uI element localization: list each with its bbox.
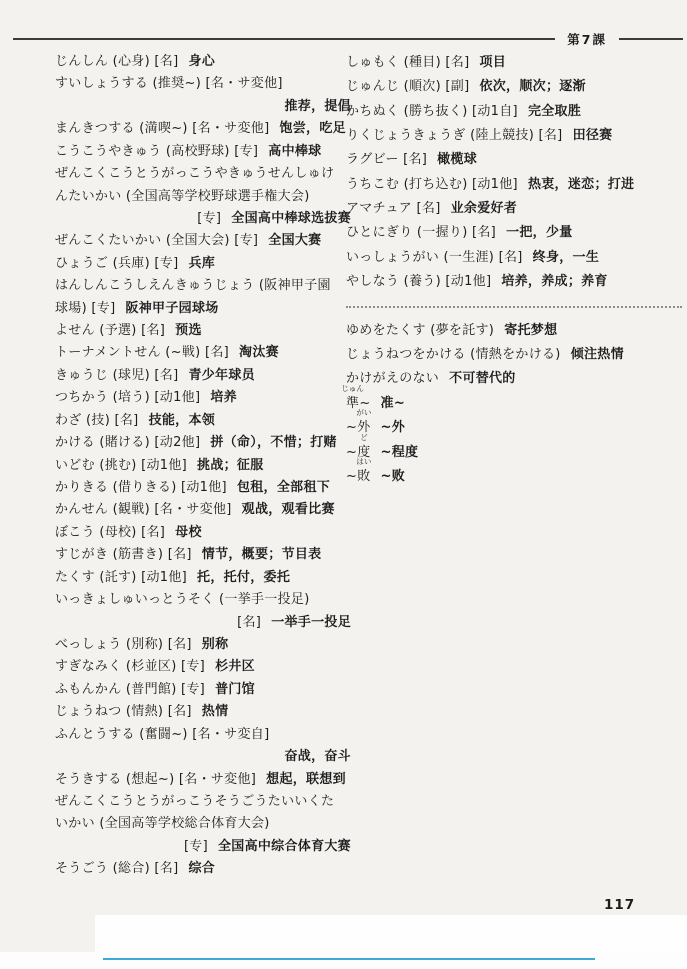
vocab-japanese-text: じょうねつ (情熱) [名] — [55, 704, 192, 719]
vocab-line: じんしん (心身) [名]身心 — [55, 51, 351, 73]
vocab-japanese-text: トーナメントせん (~戦) [名] — [55, 345, 229, 360]
vocab-japanese-text: つちかう (培う) [动1他] — [55, 390, 200, 405]
vocab-japanese-text: いっしょうがい (一生涯) [名] — [346, 250, 523, 265]
vocab-japanese-text: アマチュア [名] — [346, 201, 441, 216]
vocab-line: [专]全国高中棒球选拔赛 — [55, 208, 351, 230]
vocab-japanese-text: まんきつする (満喫~) [名・サ変他] — [55, 121, 269, 136]
vocab-chinese-gloss: 身心 — [188, 54, 215, 69]
vocab-chinese-gloss: 拼（命），不惜；打赌 — [210, 435, 337, 450]
vocab-line: すいしょうする (推奨~) [名・サ変他] — [55, 73, 351, 95]
vocab-line: いっしょうがい (一生涯) [名]终身，一生 — [346, 246, 682, 270]
vocab-chinese-gloss: 热情 — [202, 704, 229, 719]
vocab-line: かける (賭ける) [动2他]拼（命），不惜；打赌 — [55, 432, 351, 454]
left-column: じんしん (心身) [名]身心 すいしょうする (推奨~) [名・サ変他] 推荐… — [55, 51, 351, 881]
vocab-chinese-gloss: 高中棒球 — [268, 144, 321, 159]
suffix-line: じゅん準~准~ — [346, 392, 682, 416]
suffix-kanji-with-furigana: はい敗 — [357, 465, 370, 489]
vocab-line: 推荐，提倡 — [55, 96, 351, 118]
vocab-japanese-text: ひとにぎり (一握り) [名] — [346, 225, 496, 240]
vocab-chinese-gloss: 橄榄球 — [437, 152, 477, 167]
phrase-list: ゆめをたくす (夢を託す)寄托梦想 じょうねつをかける (情熱をかける)倾注热情… — [346, 319, 682, 392]
vocab-line: ぼこう (母校) [名]母校 — [55, 522, 351, 544]
vocab-chinese-gloss: 青少年球员 — [188, 368, 255, 383]
dotted-separator — [346, 294, 682, 318]
vocab-chinese-gloss: 阪神甲子园球场 — [125, 301, 218, 316]
vocab-chinese-gloss: 奋战，奋斗 — [284, 749, 351, 764]
vocab-japanese-text: すぎなみく (杉並区) [专] — [55, 659, 205, 674]
vocab-chinese-gloss: 全国高中综合体育大赛 — [218, 839, 351, 854]
header-rule-right — [619, 38, 683, 40]
vocab-japanese-text: べっしょう (別称) [名] — [55, 637, 192, 652]
furigana-text: はい — [356, 458, 371, 466]
vocab-line: りくじょうきょうぎ (陸上競技) [名]田径赛 — [346, 124, 682, 148]
vocab-chinese-gloss: 兵库 — [188, 256, 215, 271]
vocab-chinese-gloss: 终身，一生 — [533, 250, 600, 265]
vocab-line: 球場) [专]阪神甲子园球场 — [55, 298, 351, 320]
vocab-line: いっきょしゅいっとうそく (一挙手一投足) — [55, 589, 351, 611]
vocab-chinese-gloss: 观战，观看比赛 — [242, 502, 335, 517]
vocab-line: よせん (予選) [名]预选 — [55, 320, 351, 342]
vocab-japanese-text: しゅもく (種目) [名] — [346, 55, 469, 70]
vocab-japanese-text: きゅうじ (球児) [名] — [55, 368, 178, 383]
textbook-page-scan: { "header": { "lesson": "第7課" }, "page_n… — [0, 0, 687, 969]
vocab-japanese-text: そうごう (総合) [名] — [55, 861, 178, 876]
phrase-chinese-gloss: 不可替代的 — [449, 371, 516, 386]
right-column: しゅもく (種目) [名]项目 じゅんじ (順次) [副]依次，顺次；逐渐 かち… — [346, 51, 682, 489]
suffix-chinese-gloss: ~外 — [381, 420, 406, 435]
suffix-chinese-gloss: 准~ — [381, 396, 406, 411]
right-vocab-list: しゅもく (種目) [名]项目 じゅんじ (順次) [副]依次，顺次；逐渐 かち… — [346, 51, 682, 294]
vocab-japanese-text: 球場) [专] — [55, 301, 115, 316]
vocab-line: まんきつする (満喫~) [名・サ変他]饱尝，吃足 — [55, 118, 351, 140]
vocab-line: ふもんかん (普門館) [专]普门馆 — [55, 679, 351, 701]
phrase-japanese-text: ゆめをたくす (夢を託す) — [346, 323, 494, 338]
vocab-line: きゅうじ (球児) [名]青少年球员 — [55, 365, 351, 387]
vocab-japanese-text: んたいかい (全国高等学校野球選手権大会) — [55, 189, 310, 204]
suffix-line: ~はい敗~败 — [346, 465, 682, 489]
vocab-japanese-text: そうきする (想起~) [名・サ変他] — [55, 772, 256, 787]
furigana-text: がい — [356, 409, 371, 417]
vocab-japanese-text: かりきる (借りきる) [动1他] — [55, 480, 227, 495]
vocab-chinese-gloss: 包租，全部租下 — [237, 480, 330, 495]
vocab-line: アマチュア [名]业余爱好者 — [346, 197, 682, 221]
vocab-line: すぎなみく (杉並区) [专]杉井区 — [55, 656, 351, 678]
header-rule-left — [13, 38, 555, 40]
vocab-line: ひょうご (兵庫) [专]兵库 — [55, 253, 351, 275]
vocab-line: つちかう (培う) [动1他]培养 — [55, 387, 351, 409]
vocab-chinese-gloss: 业余爱好者 — [451, 201, 518, 216]
vocab-japanese-text: いどむ (挑む) [动1他] — [55, 458, 187, 473]
vocab-line: じゅんじ (順次) [副]依次，顺次；逐渐 — [346, 75, 682, 99]
vocab-line: べっしょう (別称) [名]别称 — [55, 634, 351, 656]
vocab-line: ひとにぎり (一握り) [名]一把，少量 — [346, 221, 682, 245]
vocab-japanese-text: すじがき (筋書き) [名] — [55, 547, 192, 562]
vocab-japanese-text: ぜんこくこうとうがっこうやきゅうせんしゅけ — [55, 166, 334, 181]
vocab-line: やしなう (養う) [动1他]培养，养成；养育 — [346, 270, 682, 294]
suffix-pre-tilde: ~ — [346, 469, 357, 484]
vocab-chinese-gloss: 完全取胜 — [528, 104, 581, 119]
vocab-japanese-text: ひょうご (兵庫) [专] — [55, 256, 178, 271]
vocab-line: たくす (託す) [动1他]托，托付，委托 — [55, 567, 351, 589]
vocab-japanese-text: わざ (技) [名] — [55, 413, 139, 428]
vocab-line: 奋战，奋斗 — [55, 746, 351, 768]
furigana-text: じゅん — [341, 385, 364, 393]
vocab-japanese-text: ふもんかん (普門館) [专] — [55, 682, 205, 697]
vocab-chinese-gloss: 挑战；征服 — [197, 458, 264, 473]
vocab-line: じょうねつ (情熱) [名]热情 — [55, 701, 351, 723]
vocab-line: かんせん (観戦) [名・サ変他]观战，观看比赛 — [55, 499, 351, 521]
phrase-line: じょうねつをかける (情熱をかける)倾注热情 — [346, 343, 682, 367]
vocab-japanese-text: ぜんこくこうとうがっこうそうごうたいいくた — [55, 794, 334, 809]
page: 第7課 じんしん (心身) [名]身心 すいしょうする (推奨~) [名・サ変他… — [0, 0, 687, 969]
vocab-chinese-gloss: 技能，本领 — [149, 413, 216, 428]
vocab-line: すじがき (筋書き) [名]情节，概要；节目表 — [55, 544, 351, 566]
page-number: 117 — [604, 897, 635, 913]
vocab-line: ふんとうする (奮闘~) [名・サ変自] — [55, 724, 351, 746]
scan-white-strip — [0, 952, 687, 969]
phrase-line: ゆめをたくす (夢を託す)寄托梦想 — [346, 319, 682, 343]
vocab-japanese-text: はんしんこうしえんきゅうじょう (阪神甲子園 — [55, 278, 331, 293]
vocab-line: かちぬく (勝ち抜く) [动1自]完全取胜 — [346, 100, 682, 124]
dotted-separator-line — [346, 306, 682, 308]
vocab-chinese-gloss: 情节，概要；节目表 — [202, 547, 322, 562]
vocab-chinese-gloss: 综合 — [188, 861, 215, 876]
vocab-japanese-text: かちぬく (勝ち抜く) [动1自] — [346, 104, 518, 119]
vocab-japanese-text: ふんとうする (奮闘~) [名・サ変自] — [55, 727, 269, 742]
vocab-line: かりきる (借りきる) [动1他]包租，全部租下 — [55, 477, 351, 499]
furigana-text: ど — [360, 434, 368, 442]
vocab-japanese-text: かける (賭ける) [动2他] — [55, 435, 200, 450]
page-header: 第7課 — [13, 30, 683, 48]
lesson-title: 第7課 — [567, 30, 607, 48]
vocab-chinese-gloss: 想起，联想到 — [266, 772, 346, 787]
vocab-japanese-text: [专] — [197, 211, 221, 226]
vocab-japanese-text: いかい (全国高等学校総合体育大会) — [55, 816, 270, 831]
vocab-japanese-text: [专] — [184, 839, 208, 854]
vocab-line: ぜんこくこうとうがっこうやきゅうせんしゅけ — [55, 163, 351, 185]
vocab-japanese-text: じゅんじ (順次) [副] — [346, 79, 469, 94]
phrase-line: かけがえのない不可替代的 — [346, 367, 682, 391]
suffix-kanji: 敗 — [357, 469, 370, 484]
vocab-line: うちこむ (打ち込む) [动1他]热衷，迷恋；打进 — [346, 173, 682, 197]
vocab-japanese-text: こうこうやきゅう (高校野球) [专] — [55, 144, 258, 159]
vocab-line: [专]全国高中综合体育大赛 — [55, 836, 351, 858]
vocab-chinese-gloss: 田径赛 — [573, 128, 613, 143]
vocab-line: いどむ (挑む) [动1他]挑战；征服 — [55, 455, 351, 477]
vocab-chinese-gloss: 项目 — [479, 55, 506, 70]
vocab-japanese-text: ぼこう (母校) [名] — [55, 525, 165, 540]
vocab-line: いかい (全国高等学校総合体育大会) — [55, 813, 351, 835]
suffix-chinese-gloss: ~败 — [381, 469, 406, 484]
suffix-pre-tilde: ~ — [346, 420, 357, 435]
suffix-line: ~がい外~外 — [346, 416, 682, 440]
vocab-chinese-gloss: 培养 — [210, 390, 237, 405]
vocab-chinese-gloss: 一把，少量 — [506, 225, 573, 240]
vocab-japanese-text: いっきょしゅいっとうそく (一挙手一投足) — [55, 592, 310, 607]
suffix-list: じゅん準~准~ ~がい外~外 ~ど度~程度 ~はい敗~败 — [346, 392, 682, 489]
vocab-chinese-gloss: 托，托付，委托 — [197, 570, 290, 585]
vocab-japanese-text: ぜんこくたいかい (全国大会) [专] — [55, 233, 258, 248]
vocab-line: ぜんこくこうとうがっこうそうごうたいいくた — [55, 791, 351, 813]
vocab-chinese-gloss: 全国高中棒球选拔赛 — [231, 211, 351, 226]
vocab-chinese-gloss: 全国大赛 — [268, 233, 321, 248]
vocab-chinese-gloss: 杉井区 — [215, 659, 255, 674]
vocab-japanese-text: じんしん (心身) [名] — [55, 54, 178, 69]
vocab-chinese-gloss: 饱尝，吃足 — [279, 121, 346, 136]
suffix-japanese-text: ~はい敗 — [346, 469, 371, 484]
phrase-chinese-gloss: 寄托梦想 — [504, 323, 557, 338]
vocab-japanese-text: すいしょうする (推奨~) [名・サ変他] — [55, 76, 283, 91]
phrase-chinese-gloss: 倾注热情 — [571, 347, 624, 362]
vocab-japanese-text: やしなう (養う) [动1他] — [346, 274, 491, 289]
vocab-chinese-gloss: 一举手一投足 — [271, 615, 351, 630]
vocab-line: ラグビー [名]橄榄球 — [346, 148, 682, 172]
vocab-chinese-gloss: 别称 — [202, 637, 229, 652]
vocab-chinese-gloss: 普门馆 — [215, 682, 255, 697]
phrase-japanese-text: じょうねつをかける (情熱をかける) — [346, 347, 561, 362]
suffix-chinese-gloss: ~程度 — [381, 445, 419, 460]
vocab-japanese-text: [名] — [237, 615, 261, 630]
vocab-japanese-text: たくす (託す) [动1他] — [55, 570, 187, 585]
vocab-line: しゅもく (種目) [名]项目 — [346, 51, 682, 75]
vocab-japanese-text: りくじょうきょうぎ (陸上競技) [名] — [346, 128, 563, 143]
vocab-line: ぜんこくたいかい (全国大会) [专]全国大赛 — [55, 230, 351, 252]
vocab-japanese-text: ラグビー [名] — [346, 152, 427, 167]
vocab-chinese-gloss: 培养，养成；养育 — [501, 274, 607, 289]
vocab-line: んたいかい (全国高等学校野球選手権大会) — [55, 186, 351, 208]
vocab-chinese-gloss: 推荐，提倡 — [284, 99, 351, 114]
vocab-line: はんしんこうしえんきゅうじょう (阪神甲子園 — [55, 275, 351, 297]
vocab-line: わざ (技) [名]技能，本领 — [55, 410, 351, 432]
vocab-japanese-text: よせん (予選) [名] — [55, 323, 165, 338]
vocab-chinese-gloss: 预选 — [175, 323, 202, 338]
vocab-chinese-gloss: 母校 — [175, 525, 202, 540]
vocab-japanese-text: かんせん (観戦) [名・サ変他] — [55, 502, 232, 517]
vocab-japanese-text: うちこむ (打ち込む) [动1他] — [346, 177, 518, 192]
vocab-line: そうきする (想起~) [名・サ変他]想起，联想到 — [55, 769, 351, 791]
vocab-line: こうこうやきゅう (高校野球) [专]高中棒球 — [55, 141, 351, 163]
scan-blue-line-artifact — [103, 958, 595, 960]
vocab-chinese-gloss: 依次，顺次；逐渐 — [479, 79, 585, 94]
vocab-chinese-gloss: 热衷，迷恋；打进 — [528, 177, 634, 192]
vocab-chinese-gloss: 淘汰赛 — [239, 345, 279, 360]
vocab-line: トーナメントせん (~戦) [名]淘汰赛 — [55, 342, 351, 364]
vocab-line: [名]一举手一投足 — [55, 612, 351, 634]
suffix-line: ~ど度~程度 — [346, 441, 682, 465]
vocab-line: そうごう (総合) [名]综合 — [55, 858, 351, 880]
